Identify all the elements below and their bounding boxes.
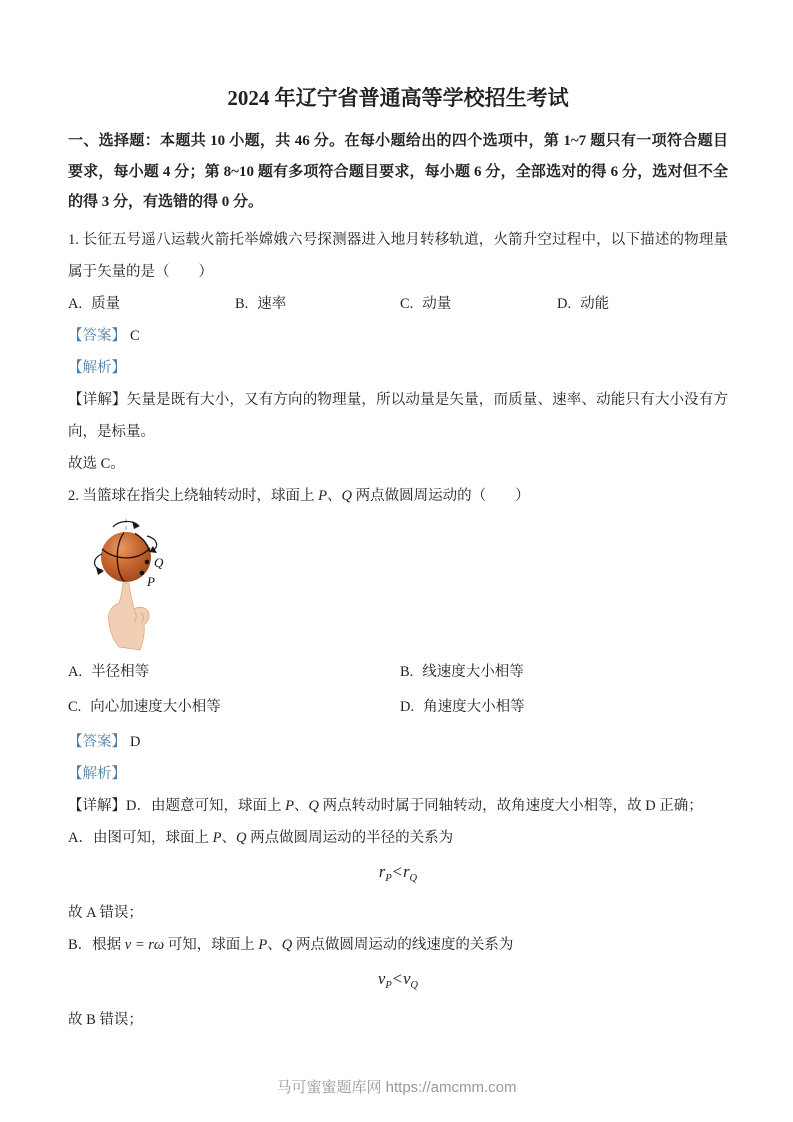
- q2-note-a: 故 A 错误；: [68, 897, 728, 929]
- q1-conclusion: 故选 C。: [68, 448, 728, 480]
- q1-option-a: A.质量: [68, 288, 235, 320]
- point-p-dot: [140, 570, 145, 575]
- q2-detail-b: B．根据 v = rω 可知，球面上 P、Q 两点做圆周运动的线速度的关系为: [68, 929, 728, 961]
- q1-option-d-label: D.: [557, 296, 571, 312]
- q2-option-a: A.半径相等: [68, 656, 400, 688]
- q1-detail: 【详解】矢量是既有大小，又有方向的物理量，所以动量是矢量，而质量、速率、动能只有…: [68, 384, 728, 448]
- q2-option-d-text: 角速度大小相等: [423, 699, 525, 715]
- q2-analysis-line: 【解析】: [68, 758, 728, 790]
- section-instructions: 一、选择题：本题共 10 小题，共 46 分。在每小题给出的四个选项中，第 1~…: [68, 126, 728, 218]
- point-q-dot: [145, 559, 150, 564]
- q1-option-b: B.速率: [235, 288, 400, 320]
- q1-option-c-label: C.: [400, 296, 413, 312]
- q1-option-d-text: 动能: [580, 296, 609, 312]
- q2-option-c: C.向心加速度大小相等: [68, 691, 400, 723]
- q2-note-b: 故 B 错误；: [68, 1004, 728, 1036]
- formula-velocity-lhs-sub: P: [385, 980, 391, 991]
- formula-radius-lhs-sub: P: [385, 873, 391, 884]
- q2-option-b-text: 线速度大小相等: [422, 664, 524, 680]
- q1-option-a-text: 质量: [91, 296, 120, 312]
- exam-content: 2024 年辽宁省普通高等学校招生考试 一、选择题：本题共 10 小题，共 46…: [68, 84, 728, 1036]
- q1-option-b-text: 速率: [257, 296, 286, 312]
- q2-detail-a: A．由图可知，球面上 P、Q 两点做圆周运动的半径的关系为: [68, 822, 728, 854]
- q2-prompt: 2. 当篮球在指尖上绕轴转动时，球面上 P、Q 两点做圆周运动的（ ）: [68, 480, 728, 512]
- formula-radius-op: <: [392, 862, 403, 881]
- q2-analysis-label: 【解析】: [68, 766, 126, 782]
- q1-option-b-label: B.: [235, 296, 248, 312]
- q2-detail-d: 【详解】D．由题意可知，球面上 P、Q 两点转动时属于同轴转动，故角速度大小相等…: [68, 790, 728, 822]
- formula-velocity-rhs-sub: Q: [410, 980, 418, 991]
- q1-answer-value: C: [130, 328, 140, 344]
- basketball-figure-svg: Q P: [74, 517, 186, 653]
- q2-answer-line: 【答案】D: [68, 726, 728, 758]
- q2-option-d: D.角速度大小相等: [400, 691, 728, 723]
- q1-analysis-line: 【解析】: [68, 352, 728, 384]
- q2-options-row2: C.向心加速度大小相等 D.角速度大小相等: [68, 691, 728, 723]
- hand: [108, 583, 149, 650]
- q2-option-b-label: B.: [400, 664, 413, 680]
- point-q-label: Q: [154, 555, 164, 570]
- q2-option-a-text: 半径相等: [91, 664, 149, 680]
- q1-answer-line: 【答案】C: [68, 320, 728, 352]
- exam-page: 2024 年辽宁省普通高等学校招生考试 一、选择题：本题共 10 小题，共 46…: [0, 0, 793, 1122]
- formula-radius: rP<rQ: [68, 854, 728, 897]
- point-p-label: P: [146, 574, 155, 589]
- q2-option-c-text: 向心加速度大小相等: [90, 699, 221, 715]
- q2-option-d-label: D.: [400, 699, 414, 715]
- q1-option-c: C.动量: [400, 288, 557, 320]
- q1-option-a-label: A.: [68, 296, 82, 312]
- q1-option-d: D.动能: [557, 288, 728, 320]
- formula-radius-rhs-sub: Q: [409, 873, 417, 884]
- q1-option-c-text: 动量: [422, 296, 451, 312]
- q2-option-b: B.线速度大小相等: [400, 656, 728, 688]
- site-footer: 马可蜜蜜题库网 https://amcmm.com: [0, 1078, 793, 1098]
- basketball-figure: Q P: [74, 517, 728, 653]
- formula-velocity: vP<vQ: [68, 961, 728, 1004]
- q1-prompt: 1. 长征五号遥八运载火箭托举嫦娥六号探测器进入地月转移轨道，火箭升空过程中，以…: [68, 224, 728, 288]
- q1-analysis-label: 【解析】: [68, 360, 126, 376]
- q2-answer-label: 【答案】: [68, 734, 126, 750]
- q2-option-c-label: C.: [68, 699, 81, 715]
- page-title: 2024 年辽宁省普通高等学校招生考试: [68, 84, 728, 112]
- q1-options: A.质量 B.速率 C.动量 D.动能: [68, 288, 728, 320]
- q2-answer-value: D: [130, 734, 140, 750]
- q1-answer-label: 【答案】: [68, 328, 126, 344]
- formula-velocity-op: <: [392, 969, 403, 988]
- q2-option-a-label: A.: [68, 664, 82, 680]
- q2-options-row1: A.半径相等 B.线速度大小相等: [68, 656, 728, 688]
